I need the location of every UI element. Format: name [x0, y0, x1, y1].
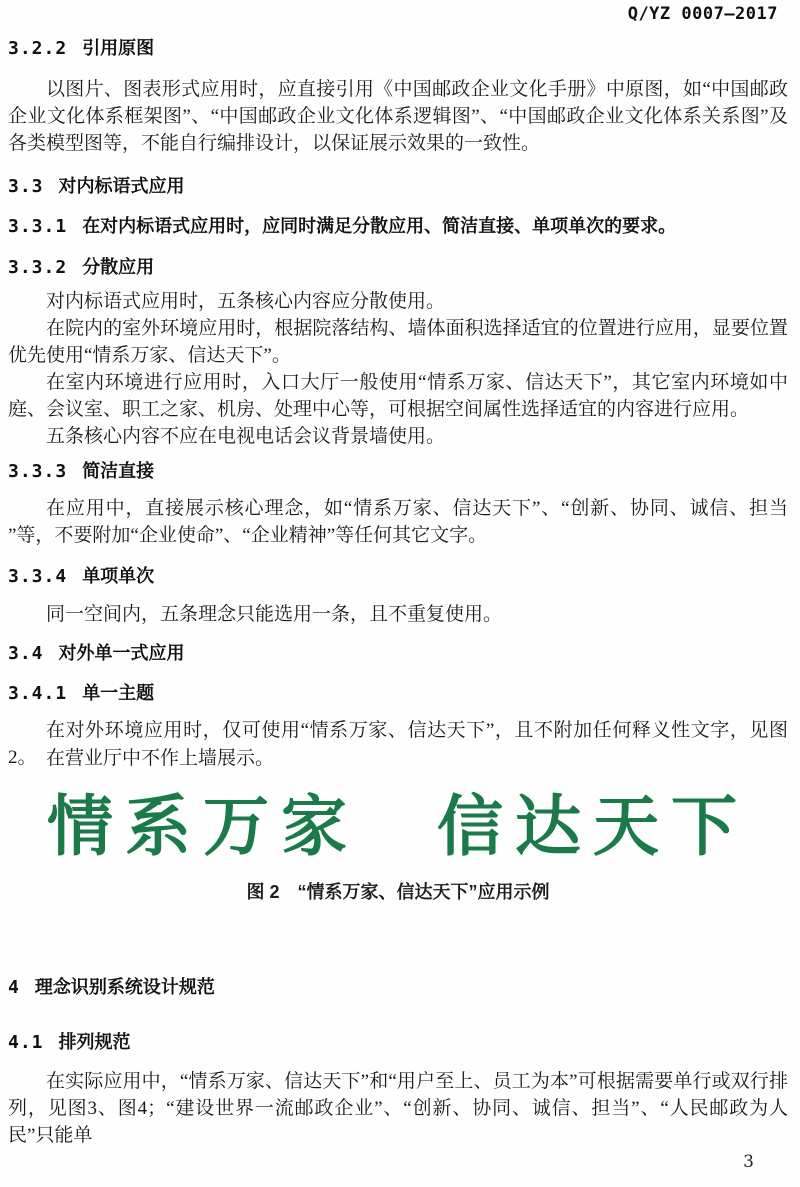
figure-caption: 图 2 “情系万家、信达天下”应用示例: [8, 878, 788, 904]
heading-number: 3.3.1: [8, 216, 67, 237]
page-number: 3: [743, 1152, 754, 1172]
heading-title: 对外单一式应用: [59, 643, 185, 663]
body-paragraph: 对内标语式应用时，五条核心内容应分散使用。: [8, 288, 788, 315]
heading-number: 3.3: [8, 176, 44, 197]
heading-3-3-1: 3.3.1在对内标语式应用时，应同时满足分散应用、简洁直接、单项单次的要求。: [8, 214, 788, 239]
body-paragraph: 在营业厅中不作上墙展示。: [8, 745, 788, 772]
heading-title: 在对内标语式应用时，应同时满足分散应用、简洁直接、单项单次的要求。: [82, 216, 676, 236]
heading-number: 3.3.2: [8, 257, 67, 278]
heading-4-1: 4.1排列规范: [8, 1030, 788, 1055]
heading-title: 对内标语式应用: [59, 176, 185, 196]
body-paragraph: 在院内的室外环境应用时，根据院落结构、墙体面积选择适宜的位置进行应用，显要位置优…: [8, 315, 788, 369]
heading-3-3-3: 3.3.3简洁直接: [8, 459, 788, 484]
heading-title: 分散应用: [82, 257, 154, 277]
heading-number: 3.4: [8, 643, 44, 664]
figure-slogan: 情系万家 信达天下: [8, 788, 788, 868]
heading-3-3-4: 3.3.4单项单次: [8, 564, 788, 589]
heading-title: 简洁直接: [82, 461, 154, 481]
heading-3-4-1: 3.4.1单一主题: [8, 681, 788, 706]
body-paragraph: 在应用中，直接展示核心理念，如“情系万家、信达天下”、“创新、协同、诚信、担当 …: [8, 495, 788, 549]
heading-number: 3.2.2: [8, 38, 67, 59]
heading-number: 3.3.3: [8, 461, 67, 482]
body-paragraph: 同一空间内，五条理念只能选用一条，且不重复使用。: [8, 601, 788, 628]
heading-title: 单项单次: [82, 566, 154, 586]
heading-3-3: 3.3对内标语式应用: [8, 174, 788, 199]
heading-title: 引用原图: [82, 38, 154, 58]
body-paragraph: 以图片、图表形式应用时，应直接引用《中国邮政企业文化手册》中原图，如“中国邮政企…: [8, 76, 788, 157]
heading-title: 理念识别系统设计规范: [35, 977, 215, 997]
heading-title: 单一主题: [82, 683, 154, 703]
heading-3-4: 3.4对外单一式应用: [8, 641, 788, 666]
heading-number: 3.4.1: [8, 683, 67, 704]
body-paragraph: 五条核心内容不应在电视电话会议背景墙使用。: [8, 423, 788, 450]
doc-number: Q/YZ 0007—2017: [628, 4, 778, 24]
heading-4: 4理念识别系统设计规范: [8, 975, 788, 1000]
body-paragraph: 在实际应用中，“情系万家、信达天下”和“用户至上、员工为本”可根据需要单行或双行…: [8, 1068, 788, 1149]
heading-number: 4: [8, 977, 20, 998]
heading-3-3-2: 3.3.2分散应用: [8, 255, 788, 280]
heading-number: 3.3.4: [8, 566, 67, 587]
heading-title: 排列规范: [59, 1032, 131, 1052]
heading-3-2-2: 3.2.2引用原图: [8, 36, 788, 61]
heading-number: 4.1: [8, 1032, 44, 1053]
body-paragraph: 在室内环境进行应用时，入口大厅一般使用“情系万家、信达天下”，其它室内环境如中庭…: [8, 369, 788, 423]
document-page: Q/YZ 0007—2017 3.2.2引用原图 以图片、图表形式应用时，应直接…: [0, 0, 800, 1187]
